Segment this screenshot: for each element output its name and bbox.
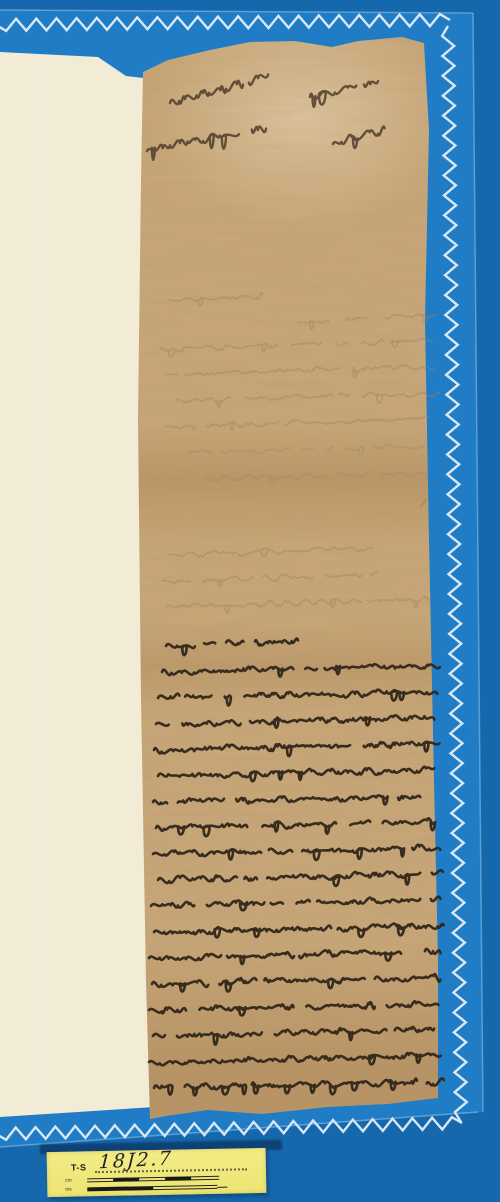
classmark-label: T-S 18J2.7 cm ins bbox=[47, 1148, 267, 1197]
handwritten-shelfmark: 18J2.7 bbox=[98, 1147, 173, 1173]
photo-background: T-S 18J2.7 cm ins bbox=[0, 0, 500, 1202]
cm-scale-bar bbox=[87, 1175, 219, 1184]
ins-scale-segment bbox=[153, 1185, 217, 1190]
collection-prefix: T-S bbox=[71, 1162, 87, 1172]
cm-scale-segment bbox=[139, 1177, 165, 1181]
ins-scale-segment bbox=[87, 1186, 153, 1191]
ins-unit-label: ins bbox=[57, 1186, 79, 1192]
cm-scale-segment bbox=[113, 1177, 139, 1181]
ins-scale-segment bbox=[217, 1186, 227, 1187]
cm-scale-segment bbox=[165, 1176, 191, 1180]
cm-unit-label: cm bbox=[57, 1177, 79, 1183]
cm-scale-segment bbox=[87, 1178, 113, 1182]
ins-scale-bar bbox=[87, 1184, 227, 1193]
stitch-border bbox=[0, 0, 500, 1202]
shelfmark-row: T-S 18J2.7 bbox=[57, 1152, 258, 1176]
cm-scale-segment bbox=[191, 1176, 219, 1181]
